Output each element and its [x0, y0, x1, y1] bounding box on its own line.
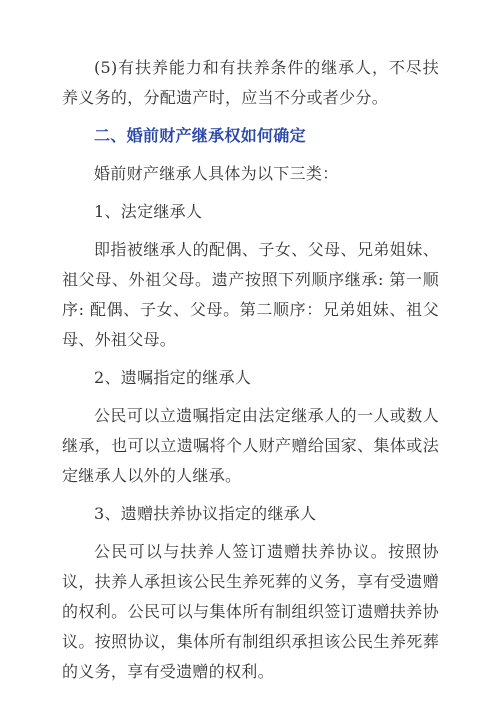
- numbered-subheading: 2、遗嘱指定的继承人: [62, 363, 439, 393]
- body-paragraph: 公民可以立遗嘱指定由法定继承人的一人或数人继承，也可以立遗嘱将个人财产赠给国家、…: [62, 401, 439, 491]
- section-heading: 二、婚前财产继承权如何确定: [62, 121, 439, 151]
- numbered-subheading: 1、法定继承人: [62, 197, 439, 227]
- body-paragraph: 婚前财产继承人具体为以下三类：: [62, 159, 439, 189]
- body-paragraph: (5)有扶养能力和有扶养条件的继承人，不尽扶养义务的，分配遗产时，应当不分或者少…: [62, 53, 439, 113]
- body-paragraph: 公民可以与扶养人签订遗赠扶养协议。按照协议，扶养人承担该公民生养死葬的义务，享有…: [62, 537, 439, 687]
- numbered-subheading: 3、遗赠扶养协议指定的继承人: [62, 499, 439, 529]
- body-paragraph: 即指被继承人的配偶、子女、父母、兄弟姐妹、祖父母、外祖父母。遗产按照下列顺序继承…: [62, 235, 439, 355]
- document-page: (5)有扶养能力和有扶养条件的继承人，不尽扶养义务的，分配遗产时，应当不分或者少…: [0, 0, 500, 708]
